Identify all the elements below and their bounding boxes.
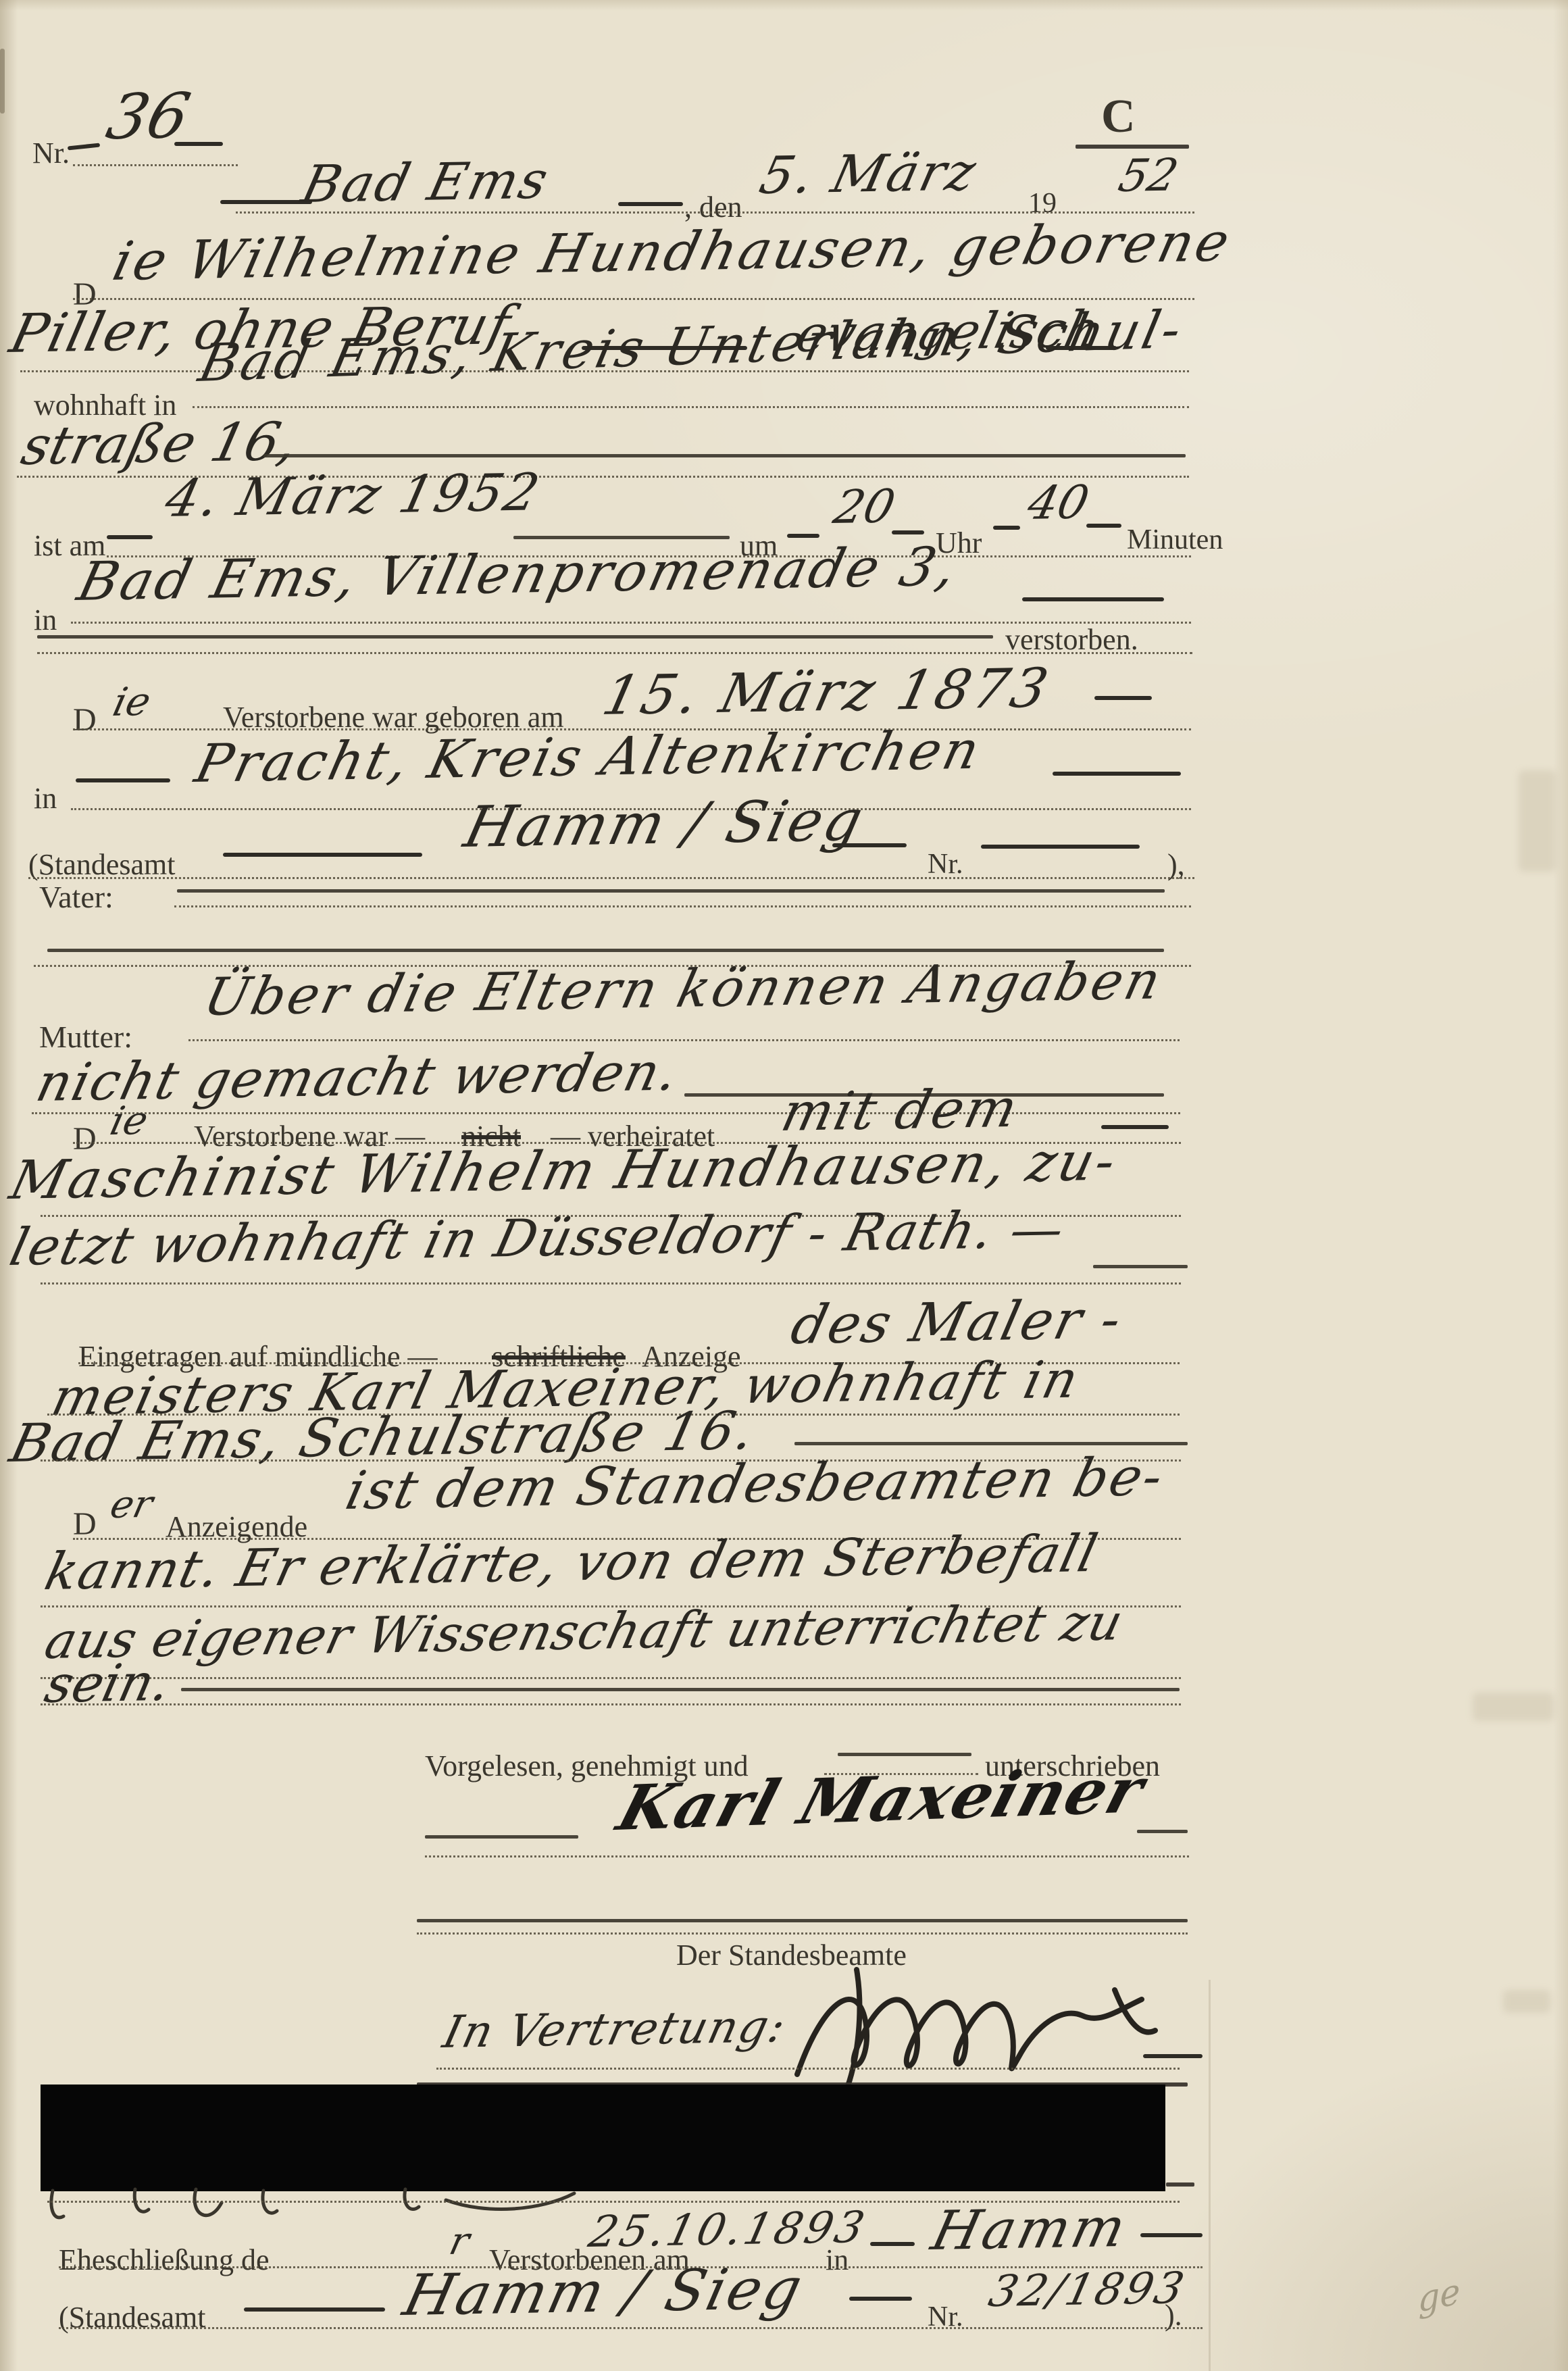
hand-dash — [892, 530, 924, 534]
mother-label: Mutter: — [39, 1022, 132, 1053]
filler-rule — [47, 949, 1164, 952]
hand-dash — [1094, 696, 1152, 700]
in-label: in — [34, 605, 57, 635]
hand-dash — [1143, 2054, 1203, 2058]
pencil-note: ge — [1417, 2274, 1461, 2318]
article-d-printed: D — [73, 1508, 97, 1541]
hand-dash — [174, 142, 223, 146]
in-label: in — [34, 784, 57, 814]
informant-known-line1: ist dem Standesbeamten be- — [341, 1451, 1169, 1518]
dotted-line — [41, 1282, 1181, 1284]
hand-dash — [1086, 524, 1121, 528]
deceased-name-line1: ie Wilhelmine Hundhausen, geborene — [108, 216, 1237, 289]
death-minute-value: 40 — [1023, 480, 1093, 527]
place-value: Bad Ems — [297, 155, 555, 210]
filler-rule — [425, 1835, 578, 1839]
verstorben-label: verstorben. — [1005, 625, 1138, 655]
marriage-label-pre: Eheschließung de — [59, 2245, 270, 2275]
article-d-printed: D — [73, 704, 97, 737]
hand-dash — [870, 2242, 915, 2246]
dotted-line — [236, 211, 1194, 214]
hand-dash — [107, 535, 153, 539]
filler-rule — [1093, 1265, 1188, 1268]
dotted-line — [41, 1677, 1181, 1679]
filler-rule — [794, 1442, 1188, 1445]
informant-known-line4: sein. — [41, 1657, 176, 1710]
dotted-line — [73, 164, 238, 166]
informant-known-line3: aus eigener Wissenschaft unterrichtet zu — [41, 1597, 1128, 1666]
ref-year-value: 52 — [1115, 153, 1182, 199]
registrar-signature-scrawl — [777, 1949, 1209, 2105]
in-label: in — [826, 2245, 849, 2275]
dotted-line — [28, 877, 1194, 879]
bleed-through-mark — [1503, 1990, 1550, 2013]
filler-rule — [177, 889, 1165, 893]
minuten-label: Minuten — [1127, 526, 1223, 554]
den-label: , den — [684, 193, 742, 222]
filler-rule — [838, 1753, 971, 1756]
hand-dash — [76, 778, 170, 782]
hand-dash — [223, 853, 422, 857]
dotted-line — [417, 1932, 1188, 1935]
filler-rule — [37, 635, 993, 639]
death-place-value: Bad Ems, Villenpromenade 3, — [73, 540, 963, 609]
hand-dash — [993, 526, 1020, 530]
ref-letter: C — [1101, 93, 1136, 141]
filler-rule — [263, 454, 1186, 457]
registry-close-label: ). — [1165, 2301, 1182, 2330]
marriage-place-value: Hamm — [927, 2201, 1133, 2258]
marriage-registry-value: Hamm / Sieg — [399, 2260, 809, 2324]
date-value: 5. März — [755, 146, 982, 201]
hand-dash — [1022, 597, 1164, 601]
vertretung-hand: In Vertretung: — [439, 2004, 790, 2055]
hand-dash — [849, 2297, 912, 2301]
hand-dash — [244, 2307, 385, 2312]
filler-rule — [513, 536, 730, 539]
hand-dash — [832, 843, 907, 847]
record-number-label: Nr. — [32, 139, 70, 168]
death-date-value: 4. März 1952 — [161, 466, 546, 524]
dotted-line — [41, 1703, 1181, 1705]
birth-registry-value: Hamm / Sieg — [459, 792, 869, 855]
hand-er: er — [107, 1486, 156, 1524]
hand-dash — [787, 534, 819, 538]
hand-dash — [1101, 1125, 1169, 1129]
redaction-box — [41, 2085, 1165, 2191]
dotted-line — [425, 1855, 1189, 1857]
dotted-line — [188, 1039, 1180, 1041]
filler-rule — [417, 1919, 1188, 1922]
spouse-line1: Maschinist Wilhelm Hundhausen, zu- — [5, 1135, 1123, 1207]
married-to-hand: mit dem — [777, 1082, 1024, 1139]
bleed-through-mark — [1473, 1693, 1554, 1721]
dotted-line — [193, 406, 1189, 408]
hand-dash — [981, 845, 1140, 849]
marriage-registry-number: 32/1893 — [985, 2267, 1190, 2314]
informant-known-line2: kannt. Er erklärte, von dem Sterbefall — [41, 1528, 1103, 1597]
hand-ie: ie — [109, 682, 155, 722]
dotted-line — [59, 2327, 1203, 2329]
registry-open-label: (Standesamt — [28, 850, 176, 880]
filler-rule — [181, 1688, 1180, 1691]
dotted-line — [436, 2068, 1180, 2070]
hand-dash — [1140, 2233, 1203, 2237]
hand-dash — [68, 143, 100, 151]
spouse-line2: letzt wohnhaft in Düsseldorf - Rath. — — [5, 1203, 1070, 1273]
registry-close-label: ), — [1167, 850, 1185, 880]
bleed-through-mark — [1519, 770, 1556, 872]
father-label: Vater: — [39, 882, 113, 913]
dotted-line — [37, 652, 1192, 654]
hand-dash — [618, 202, 683, 206]
filler-rule — [1166, 2182, 1194, 2187]
informant-signature: Karl Maxeiner — [611, 1759, 1152, 1839]
death-record-page: Nr. 36 C 52 Bad Ems , den 5. März 19 D i… — [0, 0, 1568, 2371]
birth-place-value: Pracht, Kreis Altenkirchen — [191, 724, 986, 791]
nr-label: Nr. — [928, 850, 963, 878]
residence-value-line2: straße 16, — [17, 416, 302, 473]
birth-date-value: 15. März 1873 — [598, 662, 1056, 723]
death-hour-value: 20 — [830, 484, 899, 531]
mother-value-line1: Über die Eltern können Angaben — [199, 955, 1168, 1024]
hand-dash — [1053, 772, 1181, 776]
informant-occupation-line1: des Maler - — [786, 1293, 1128, 1352]
scan-edge-mark — [0, 49, 5, 114]
dotted-line — [174, 905, 1191, 907]
filler-rule — [1137, 1830, 1188, 1833]
ref-underline — [1076, 145, 1189, 149]
record-number-value: 36 — [101, 85, 195, 149]
